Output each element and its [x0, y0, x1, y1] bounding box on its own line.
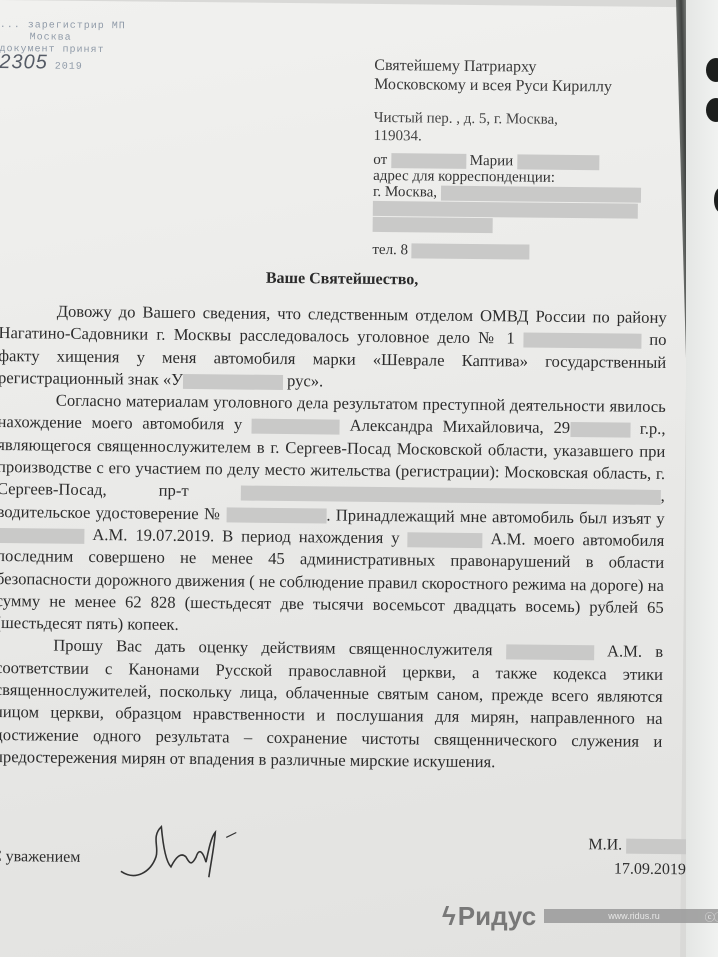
redacted-sender-surname — [626, 838, 686, 854]
redacted-plate — [183, 374, 283, 390]
phone-prefix: тел. 8 — [372, 242, 408, 258]
p3-text-a: Прошу Вас дать оценку действиям священно… — [53, 636, 493, 660]
watermark-url: www.ridus.ru — [608, 911, 660, 921]
stamp-line-1: ... зарегистрир МП — [0, 20, 126, 33]
paragraph-1: Довожу до Вашего сведения, что следствен… — [0, 300, 667, 396]
ridus-logo: ϟ Ридус — [442, 901, 536, 932]
redacted-surname-4 — [506, 644, 594, 660]
redacted-residence — [241, 486, 661, 505]
from-prefix: от — [373, 152, 387, 168]
closing-regards: С уважением — [0, 848, 81, 867]
creative-commons-icon: ⓒⓘ⊜ — [705, 909, 718, 924]
redacted-phone — [412, 244, 530, 260]
p2-text-b: Александра Михайловича, 29 — [350, 416, 571, 437]
sheet-protector — [686, 0, 718, 957]
address-line-2: 119034. — [374, 127, 558, 147]
sender-block: от Марии адрес для корреспонденции: г. М… — [372, 152, 641, 261]
greeting: Ваше Святейшество, — [0, 267, 687, 292]
p2-text-f: А.М. 19.07.2019. В период нахождения у — [92, 525, 399, 547]
paragraph-2: Согласно материалам уголовного дела резу… — [0, 389, 666, 641]
redacted-surname-2 — [0, 528, 84, 544]
addressee-line-1: Святейшему Патриарху — [374, 56, 612, 77]
lightning-icon: ϟ — [442, 901, 456, 932]
addressee-line-2: Московскому и всея Руси Кириллу — [374, 75, 612, 96]
watermark-brand: Ридус — [458, 901, 536, 932]
p3-text-b: А.М. в соответствии с Канонами Русской п… — [0, 642, 663, 771]
stamp-number: 2305 — [0, 51, 48, 74]
sender-city: г. Москва, — [373, 184, 437, 201]
from-name: Марии — [470, 153, 514, 169]
letter-body: Довожу до Вашего сведения, что следствен… — [0, 300, 667, 775]
sender-signature-block: М.И. 17.09.2019 — [566, 833, 686, 882]
redacted-birth-year — [570, 422, 630, 438]
p1-text-c: рус». — [287, 371, 323, 390]
paragraph-3: Прошу Вас дать оценку действиям священно… — [0, 634, 663, 775]
addressee-address: Чистый пер. , д. 5, г. Москва, 119034. — [374, 109, 559, 147]
redacted-surname-3 — [407, 532, 482, 548]
redacted-surname-priest — [252, 419, 340, 435]
addressee-block: Святейшему Патриарху Московскому и всея … — [374, 56, 612, 96]
redacted-case-number — [523, 332, 641, 348]
address-line-1: Чистый пер. , д. 5, г. Москва, — [374, 109, 558, 129]
letter-page: ... зарегистрир МП Москва документ приня… — [0, 0, 690, 957]
redacted-address-3 — [373, 217, 493, 233]
p2-text-e: . Принадлежащий мне автомобиль был изъят… — [326, 505, 664, 528]
letter-date: 17.09.2019 — [566, 857, 686, 882]
ridus-watermark: ϟ Ридус www.ridus.ru ⓒⓘ⊜ — [442, 898, 718, 934]
redacted-patronymic — [517, 154, 599, 170]
redacted-surname — [391, 153, 466, 169]
signature-icon — [111, 816, 252, 887]
redacted-license — [226, 508, 326, 524]
registration-stamp: ... зарегистрир МП Москва документ приня… — [0, 20, 126, 74]
stamp-year: 2019 — [55, 62, 83, 73]
sender-initials: М.И. — [588, 836, 622, 853]
watermark-bar: www.ridus.ru ⓒⓘ⊜ — [544, 909, 718, 923]
